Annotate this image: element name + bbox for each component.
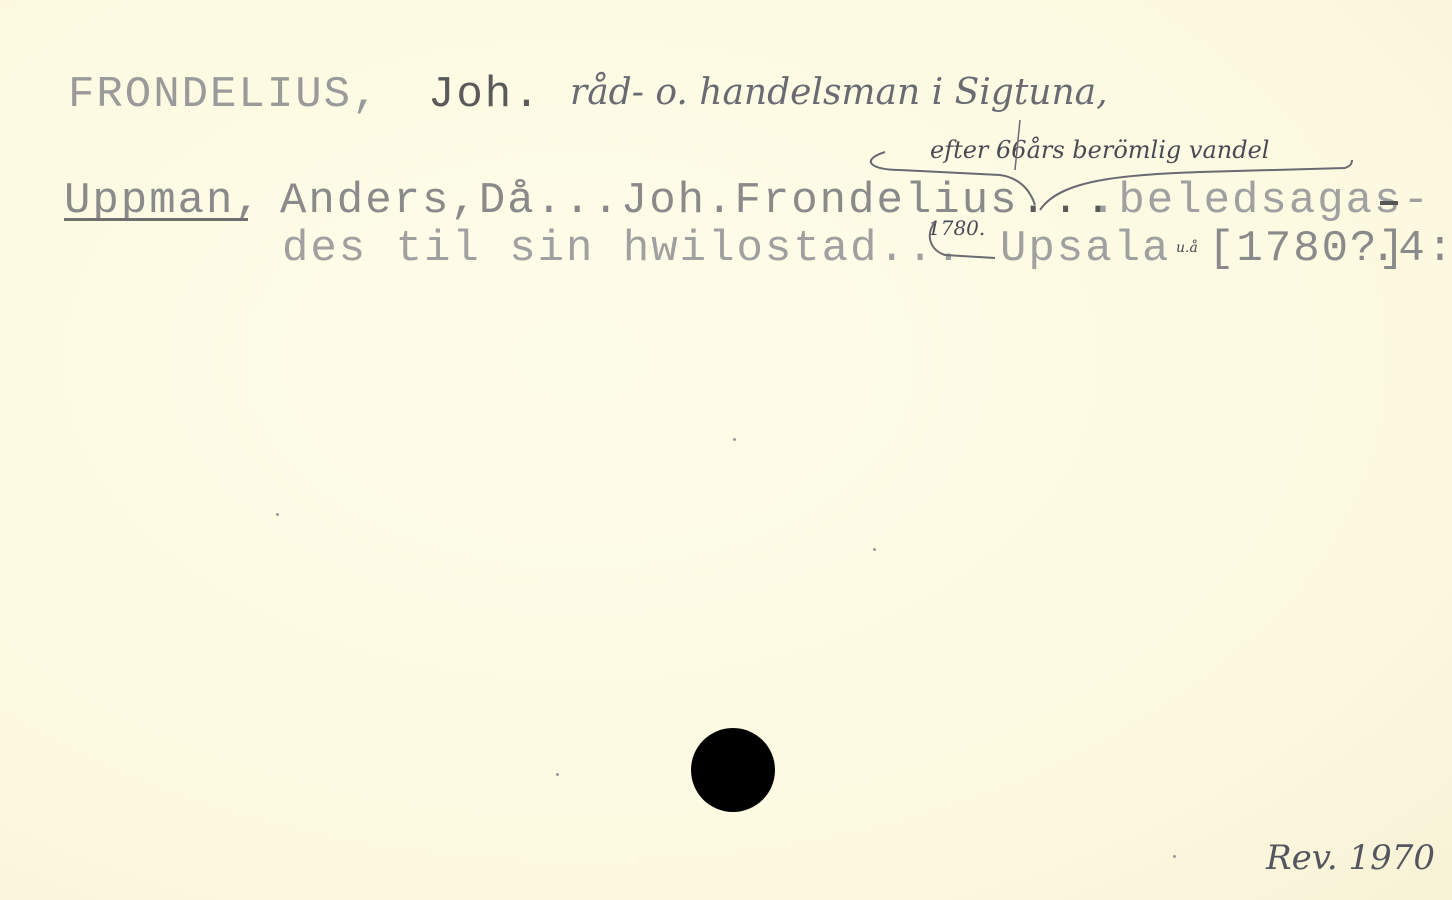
catalog-card: FRONDELIUS, Joh. råd- o. handelsman i Si… <box>0 0 1452 900</box>
punch-hole <box>691 728 775 812</box>
paper-speck <box>1173 855 1176 858</box>
paper-speck <box>556 773 559 776</box>
paper-speck <box>873 548 876 551</box>
paper-speck <box>276 513 279 516</box>
handwritten-edit-strokes <box>0 0 1452 300</box>
paper-speck <box>733 438 736 441</box>
revision-note: Rev. 1970 <box>1266 838 1435 878</box>
